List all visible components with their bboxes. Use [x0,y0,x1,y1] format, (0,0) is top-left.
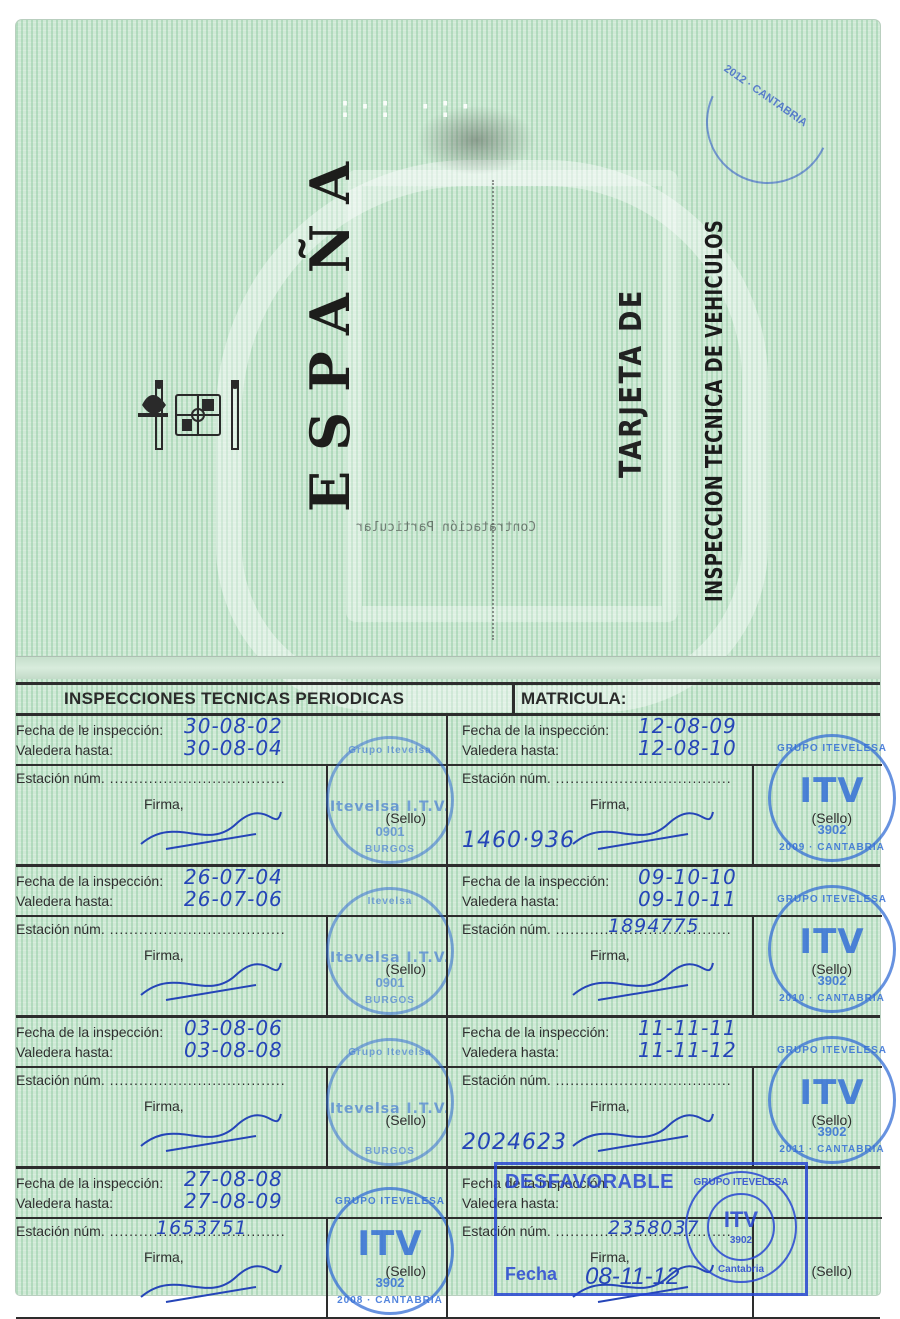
inspection-date-label: Fecha de la inspección: [462,722,609,738]
header-inspections: INSPECCIONES TECNICAS PERIODICAS [64,689,404,709]
inspection-entry: Fecha de lɐ inspección:Valedera hasta:Es… [16,716,446,864]
result-stamp-desfavorable: DESFAVORABLE Fecha 08-11-12 GRUPO ITEVEL… [494,1162,808,1296]
inspection-date-value: 11-11-11 [638,1016,737,1040]
valid-until-label: Valedera hasta: [462,893,559,909]
stamp-center-text: ITV [329,1224,451,1264]
stamp-number: 3902 [771,973,893,988]
stamp-bottom-text: 2008 · CANTABRIA [329,1295,451,1306]
stamp-bottom-text: Cantabria [687,1264,795,1275]
stamp-bottom-text: BURGOS [329,844,451,855]
valid-until-label: Valedera hasta: [462,1044,559,1060]
inspection-date-value: 27-08-08 [184,1167,283,1191]
stamp-ring-text: GRUPO ITEVELESA [329,1196,451,1207]
table-header: INSPECCIONES TECNICAS PERIODICAS MATRICU… [16,682,880,716]
valid-until-label: Valedera hasta: [16,742,113,758]
inspection-entry: Fecha de la inspección:Valedera hasta:Es… [16,1169,446,1317]
valid-until-value: 26-07-06 [184,887,283,911]
inspection-entry: Fecha de la inspección:Valedera hasta:Es… [16,1018,446,1166]
inspection-entry: Fecha de la inspección:Valedera hasta:Es… [446,867,882,1015]
card-fold [16,656,880,679]
stamp-center-text: Itevelsa I.T.V. [329,950,451,966]
stamp-ring-text: GRUPO ITEVELESA [771,1045,893,1056]
stamp-number: 0901 [329,824,451,839]
card-title-line2: INSPECCION TECNICA DE VEHICULOS [702,220,728,602]
seal-label: (Sello) [812,1263,852,1279]
signature-scribble-icon [136,1257,286,1307]
stamp-ring-text: Itevelsa [329,896,451,907]
stamp-bottom-text: 2010 · CANTABRIA [771,993,893,1004]
perforation-digits: :·: ·:· [336,90,476,125]
signature-scribble-icon [136,804,286,854]
card-cover: :·: ·:· ESPAÑA TARJETA DE INSPECCION TEC… [16,20,880,660]
signature-scribble-icon [568,804,718,854]
stamp-ring-text: GRUPO ITEVELESA [771,894,893,905]
stamp-bottom-text: BURGOS [329,995,451,1006]
valid-until-label: Valedera hasta: [16,893,113,909]
table-row: Fecha de la inspección:Valedera hasta:Es… [16,867,880,1018]
stamp-bottom-text: 2011 · CANTABRIA [771,1144,893,1155]
inspection-date-value: 03-08-06 [184,1016,283,1040]
station-number-label: Estación núm. [16,1072,286,1088]
itv-stamp-icon: GRUPO ITEVELESA ITV 3902 Cantabria [685,1171,797,1283]
stamp-bottom-text: BURGOS [329,1146,451,1157]
stamp-center-text: ITV [771,1073,893,1113]
header-plate: MATRICULA: [521,689,626,709]
itv-stamp-icon: GRUPO ITEVELESAITV39022011 · CANTABRIA [768,1036,896,1164]
corner-stamp-icon [689,43,848,202]
inspection-date-label: Fecha de lɐ inspección: [16,722,163,738]
station-number-label: Estación núm. [16,770,286,786]
station-number-value: 1653751 [156,1217,248,1239]
stamp-center-text: ITV [771,922,893,962]
itv-stamp-icon: Grupo ItevelsaItevelsa I.T.V.0901BURGOS [326,736,454,864]
station-number-value: 1894775 [608,915,700,937]
signature-scribble-icon [136,1106,286,1156]
header-divider [512,685,515,713]
result-date-value: 08-11-12 [585,1263,679,1291]
stamp-ring-text: Grupo Itevelsa [329,1047,451,1058]
valid-until-value: 09-10-11 [638,887,737,911]
stamp-bottom-text: 2009 · CANTABRIA [771,842,893,853]
stamp-number: 3902 [771,1124,893,1139]
inspection-date-value: 26-07-04 [184,865,283,889]
signature-scribble-icon [568,1106,718,1156]
perforation-line [492,180,494,640]
inspection-entry: Fecha de la inspección:Valedera hasta:Es… [16,867,446,1015]
table-row: Fecha de lɐ inspección:Valedera hasta:Es… [16,716,880,867]
result-date-label: Fecha [505,1264,557,1285]
itv-stamp-icon: GRUPO ITEVELESAITV39022009 · CANTABRIA [768,734,896,862]
inspection-date-label: Fecha de la inspección: [16,1024,163,1040]
station-number-label: Estación núm. [462,770,732,786]
inspection-entry: Fecha de la inspección:Valedera hasta:Es… [446,1018,882,1166]
stamp-number: 3902 [771,822,893,837]
inspection-date-value: 12-08-09 [638,714,737,738]
inspection-date-value: 09-10-10 [638,865,737,889]
stamp-center-text: ITV [771,771,893,811]
stamp-number: 3902 [687,1235,795,1246]
itv-stamp-icon: Grupo ItevelsaItevelsa I.T.V.BURGOS [326,1038,454,1166]
stamp-center-text: Itevelsa I.T.V. [329,799,451,815]
valid-until-value: 12-08-10 [638,736,737,760]
valid-until-label: Valedera hasta: [16,1044,113,1060]
card-title-line1: TARJETA DE [614,288,649,478]
inspection-date-label: Fecha de la inspección: [462,873,609,889]
stamp-ring-text: Grupo Itevelsa [329,745,451,756]
stamp-center-text: Itevelsa I.T.V. [329,1101,451,1117]
signature-scribble-icon [136,955,286,1005]
itv-stamp-icon: ItevelsaItevelsa I.T.V.0901BURGOS [326,887,454,1015]
inspection-date-value: 30-08-02 [184,714,283,738]
stamp-center-text: ITV [687,1207,795,1233]
valid-until-value: 11-11-12 [638,1038,737,1062]
coat-of-arms-icon [136,375,246,455]
result-label: DESFAVORABLE [505,1171,674,1194]
itv-card: :·: ·:· ESPAÑA TARJETA DE INSPECCION TEC… [16,20,880,1295]
inspection-date-label: Fecha de la inspección: [462,1024,609,1040]
signature-scribble-icon [568,955,718,1005]
valid-until-value: 27-08-09 [184,1189,283,1213]
handwritten-number: 1460·936 [462,828,575,853]
mirrored-imprint: Contratación Particular [356,520,536,535]
station-number-label: Estación núm. [16,921,286,937]
station-number-label: Estación núm. [462,1072,732,1088]
country-title: ESPAÑA [298,142,362,512]
stamp-number: 3902 [329,1275,451,1290]
stamp-ring-text: GRUPO ITEVELESA [687,1177,795,1188]
stamp-number: 0901 [329,975,451,990]
handwritten-number: 2024623 [462,1130,567,1155]
table-row: Fecha de la inspección:Valedera hasta:Es… [16,1018,880,1169]
valid-until-value: 03-08-08 [184,1038,283,1062]
itv-stamp-icon: GRUPO ITEVELESAITV39022008 · CANTABRIA [326,1187,454,1315]
inspection-date-label: Fecha de la inspección: [16,873,163,889]
inspection-entry: Fecha de la inspección:Valedera hasta:Es… [446,716,882,864]
valid-until-label: Valedera hasta: [462,742,559,758]
inspection-date-label: Fecha de la inspección: [16,1175,163,1191]
itv-stamp-icon: GRUPO ITEVELESAITV39022010 · CANTABRIA [768,885,896,1013]
valid-until-value: 30-08-04 [184,736,283,760]
stamp-ring-text: GRUPO ITEVELESA [771,743,893,754]
valid-until-label: Valedera hasta: [16,1195,113,1211]
